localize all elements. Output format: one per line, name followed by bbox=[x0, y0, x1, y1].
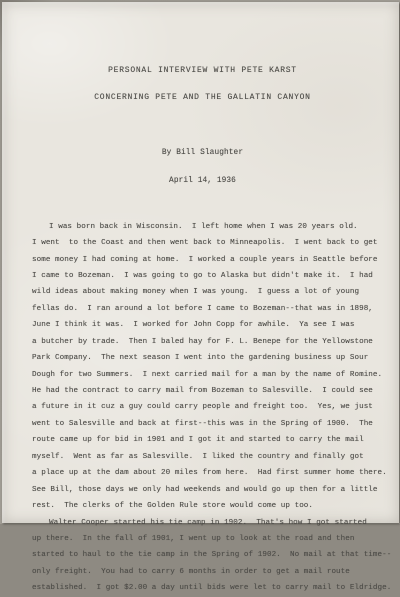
document-body: I was born back in Wisconsin. I left hom… bbox=[32, 219, 373, 524]
document-content: PERSONAL INTERVIEW WITH PETE KARST CONCE… bbox=[32, 48, 373, 524]
byline: By Bill Slaughter bbox=[32, 149, 373, 158]
text-line: See Bill, those days we only had weekend… bbox=[32, 482, 373, 498]
text-line: rest. The clerks of the Golden Rule stor… bbox=[32, 498, 373, 514]
text-line: wild ideas about making money when I was… bbox=[32, 284, 373, 300]
text-line: myself. Went as far as Salesville. I lik… bbox=[32, 449, 373, 465]
scanner-background: PERSONAL INTERVIEW WITH PETE KARST CONCE… bbox=[0, 0, 400, 524]
text-line: a place up at the dam about 20 miles fro… bbox=[32, 465, 373, 481]
text-line: I was born back in Wisconsin. I left hom… bbox=[32, 219, 373, 235]
paragraph: I was born back in Wisconsin. I left hom… bbox=[32, 219, 373, 515]
paragraph: Walter Cooper started his tie camp in 19… bbox=[32, 515, 373, 525]
byline-block: By Bill Slaughter April 14, 1936 bbox=[32, 131, 373, 205]
text-line: I came to Bozeman. I was going to go to … bbox=[32, 268, 373, 284]
text-line: route came up for bid in 1901 and I got … bbox=[32, 432, 373, 448]
text-line: went to Salesville and back at first--th… bbox=[32, 416, 373, 432]
text-line: I went to the Coast and then went back t… bbox=[32, 235, 373, 251]
text-line: a butcher by trade. Then I baled hay for… bbox=[32, 334, 373, 350]
text-line: fellas do. I ran around a lot before I c… bbox=[32, 301, 373, 317]
text-line: a future in it cuz a guy could carry peo… bbox=[32, 399, 373, 415]
date-line: April 14, 1936 bbox=[32, 177, 373, 186]
text-line: Dough for two Summers. I next carried ma… bbox=[32, 367, 373, 383]
text-line: He had the contract to carry mail from B… bbox=[32, 383, 373, 399]
text-line: June I think it was. I worked for John C… bbox=[32, 317, 373, 333]
text-line: some money I had coming at home. I worke… bbox=[32, 252, 373, 268]
document-title: PERSONAL INTERVIEW WITH PETE KARST CONCE… bbox=[32, 48, 373, 120]
text-line: Walter Cooper started his tie camp in 19… bbox=[32, 515, 373, 525]
title-line-1: PERSONAL INTERVIEW WITH PETE KARST bbox=[32, 66, 373, 75]
title-line-2: CONCERNING PETE AND THE GALLATIN CANYON bbox=[32, 93, 373, 102]
text-line: Park Company. The next season I went int… bbox=[32, 350, 373, 366]
document-page: PERSONAL INTERVIEW WITH PETE KARST CONCE… bbox=[2, 2, 399, 523]
